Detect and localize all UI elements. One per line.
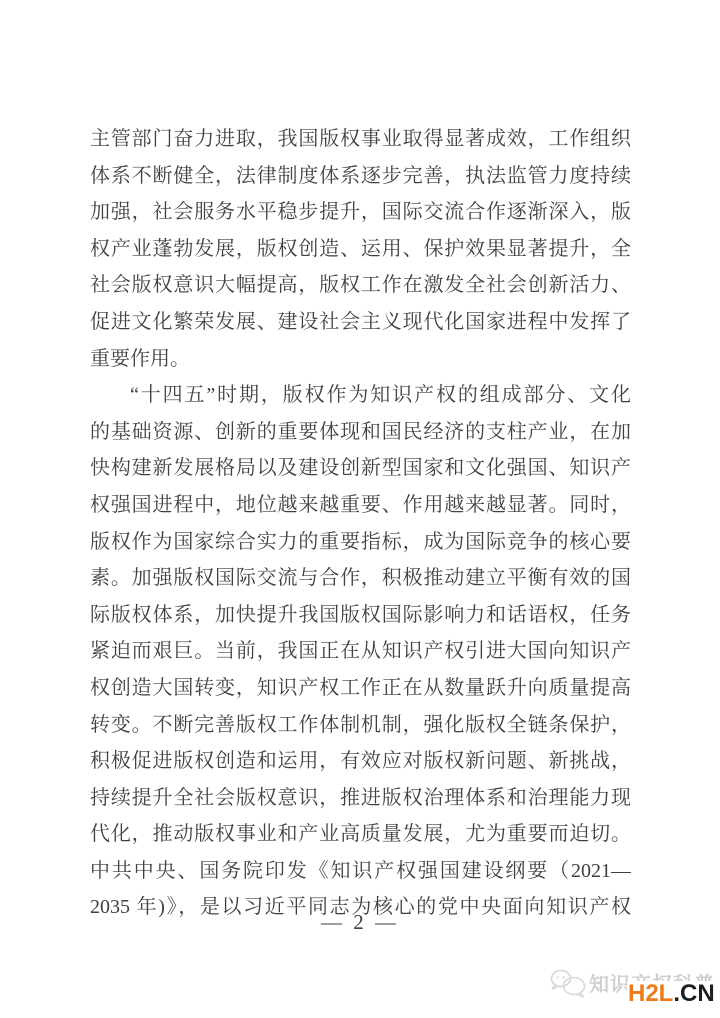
body-line: 持续提升全社会版权意识，推进版权治理体系和治理能力现 bbox=[90, 780, 631, 817]
watermark: 知识产权科普 H2L.CN bbox=[550, 962, 718, 1014]
body-line: 促进文化繁荣发展、建设社会主义现代化国家进程中发挥了 bbox=[90, 304, 631, 341]
paragraph-1: 主管部门奋力进取，我国版权事业取得显著成效，工作组织 体系不断健全，法律制度体系… bbox=[90, 121, 631, 377]
body-line: 素。加强版权国际交流与合作，积极推动建立平衡有效的国 bbox=[90, 560, 631, 597]
body-line: 主管部门奋力进取，我国版权事业取得显著成效，工作组织 bbox=[90, 121, 631, 158]
body-text: 主管部门奋力进取，我国版权事业取得显著成效，工作组织 体系不断健全，法律制度体系… bbox=[90, 121, 631, 926]
body-line: 代化，推动版权事业和产业高质量发展，尤为重要而迫切。 bbox=[90, 816, 631, 853]
watermark-logo: H2L.CN bbox=[627, 981, 716, 1007]
body-line: 体系不断健全，法律制度体系逐步完善，执法监管力度持续 bbox=[90, 158, 631, 195]
body-line: 紧迫而艰巨。当前，我国正在从知识产权引进大国向知识产 bbox=[90, 633, 631, 670]
body-line: 权强国进程中，地位越来越重要、作用越来越显著。同时， bbox=[90, 487, 631, 524]
page-number: — 2 — bbox=[0, 910, 720, 935]
body-line: 中共中央、国务院印发《知识产权强国建设纲要（2021— bbox=[90, 853, 631, 890]
body-line: 的基础资源、创新的重要体现和国民经济的支柱产业，在加 bbox=[90, 414, 631, 451]
body-line: 快构建新发展格局以及建设创新型国家和文化强国、知识产 bbox=[90, 450, 631, 487]
chat-bubbles-icon bbox=[550, 968, 586, 1000]
body-line: 权产业蓬勃发展，版权创造、运用、保护效果显著提升，全 bbox=[90, 231, 631, 268]
paragraph-2: “十四五”时期，版权作为知识产权的组成部分、文化 的基础资源、创新的重要体现和国… bbox=[90, 377, 631, 926]
body-line: 转变。不断完善版权工作体制机制，强化版权全链条保护， bbox=[90, 707, 631, 744]
body-line: 积极促进版权创造和运用，有效应对版权新问题、新挑战， bbox=[90, 743, 631, 780]
body-line: 际版权体系，加快提升我国版权国际影响力和话语权，任务 bbox=[90, 597, 631, 634]
body-line: 社会版权意识大幅提高，版权工作在激发全社会创新活力、 bbox=[90, 267, 631, 304]
body-line: 权创造大国转变，知识产权工作正在从数量跃升向质量提高 bbox=[90, 670, 631, 707]
body-line: 版权作为国家综合实力的重要指标，成为国际竞争的核心要 bbox=[90, 524, 631, 561]
body-line: 重要作用。 bbox=[90, 341, 631, 378]
body-line: “十四五”时期，版权作为知识产权的组成部分、文化 bbox=[90, 377, 631, 414]
watermark-logo-main: H2L bbox=[628, 980, 673, 1007]
body-line: 加强，社会服务水平稳步提升，国际交流合作逐渐深入，版 bbox=[90, 194, 631, 231]
document-page: 主管部门奋力进取，我国版权事业取得显著成效，工作组织 体系不断健全，法律制度体系… bbox=[0, 0, 720, 1018]
watermark-logo-suffix: .CN bbox=[673, 980, 714, 1007]
